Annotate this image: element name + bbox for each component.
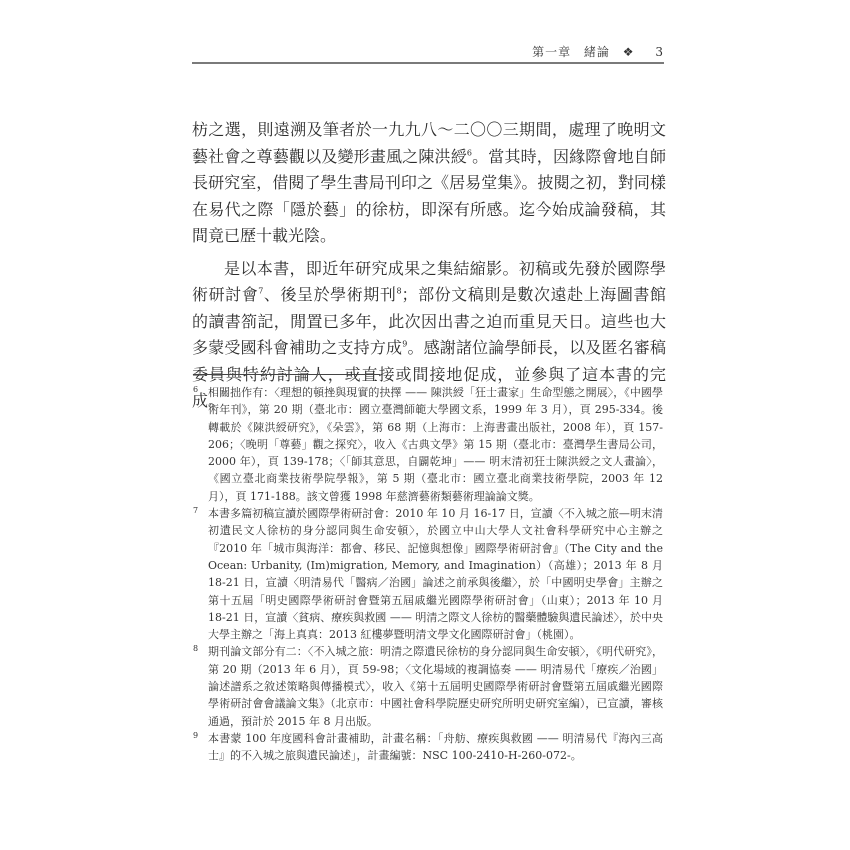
book-page: 第一章 緒論 ❖ 3 枋之選，則遠溯及筆者於一九九八～二〇〇三期間，處理了晚明文… — [0, 0, 850, 850]
footnote-rule — [193, 374, 380, 375]
paragraph-1: 枋之選，則遠溯及筆者於一九九八～二〇〇三期間，處理了晚明文藝社會之尊藝觀以及變形… — [192, 117, 666, 250]
header-rule — [192, 62, 664, 64]
body-text: 枋之選，則遠溯及筆者於一九九八～二〇〇三期間，處理了晚明文藝社會之尊藝觀以及變形… — [192, 117, 666, 415]
footnote-text: 相關拙作有：〈理想的頓挫與現實的抉擇 —— 陳洪綬「狂士畫家」生命型態之開展〉，… — [208, 386, 663, 503]
running-head: 第一章 緒論 ❖ 3 — [192, 43, 664, 59]
footnotes: 6 相關拙作有：〈理想的頓挫與現實的抉擇 —— 陳洪綬「狂士畫家」生命型態之開展… — [193, 384, 663, 765]
footnote-6: 6 相關拙作有：〈理想的頓挫與現實的抉擇 —— 陳洪綬「狂士畫家」生命型態之開展… — [193, 384, 663, 505]
footnote-8: 8 期刊論文部分有二：〈不入城之旅：明清之際遺民徐枋的身分認同與生命安頓〉，《明… — [193, 643, 663, 729]
footnote-mark: 7 — [193, 502, 198, 519]
footnote-7: 7 本書多篇初稿宣讀於國際學術研討會：2010 年 10 月 16-17 日，宣… — [193, 505, 663, 643]
footnote-9: 9 本書蒙 100 年度國科會計畫補助，計畫名稱：「舟舫、療疾與救國 —— 明清… — [193, 730, 663, 765]
footnote-text: 本書多篇初稿宣讀於國際學術研討會：2010 年 10 月 16-17 日，宣讀〈… — [208, 507, 663, 641]
footnote-text: 期刊論文部分有二：〈不入城之旅：明清之際遺民徐枋的身分認同與生命安頓〉，《明代研… — [208, 645, 663, 727]
footnote-text: 本書蒙 100 年度國科會計畫補助，計畫名稱：「舟舫、療疾與救國 —— 明清易代… — [208, 732, 663, 762]
ornament-icon: ❖ — [623, 45, 635, 59]
chapter-title: 緒論 — [584, 45, 610, 59]
footnote-mark: 6 — [193, 381, 198, 398]
footnote-mark: 8 — [193, 640, 198, 657]
paragraph-text: 、後呈於學術期刊 — [263, 285, 396, 304]
page-number: 3 — [655, 45, 664, 59]
chapter-label: 第一章 — [532, 45, 571, 59]
footnote-mark: 9 — [193, 727, 198, 744]
